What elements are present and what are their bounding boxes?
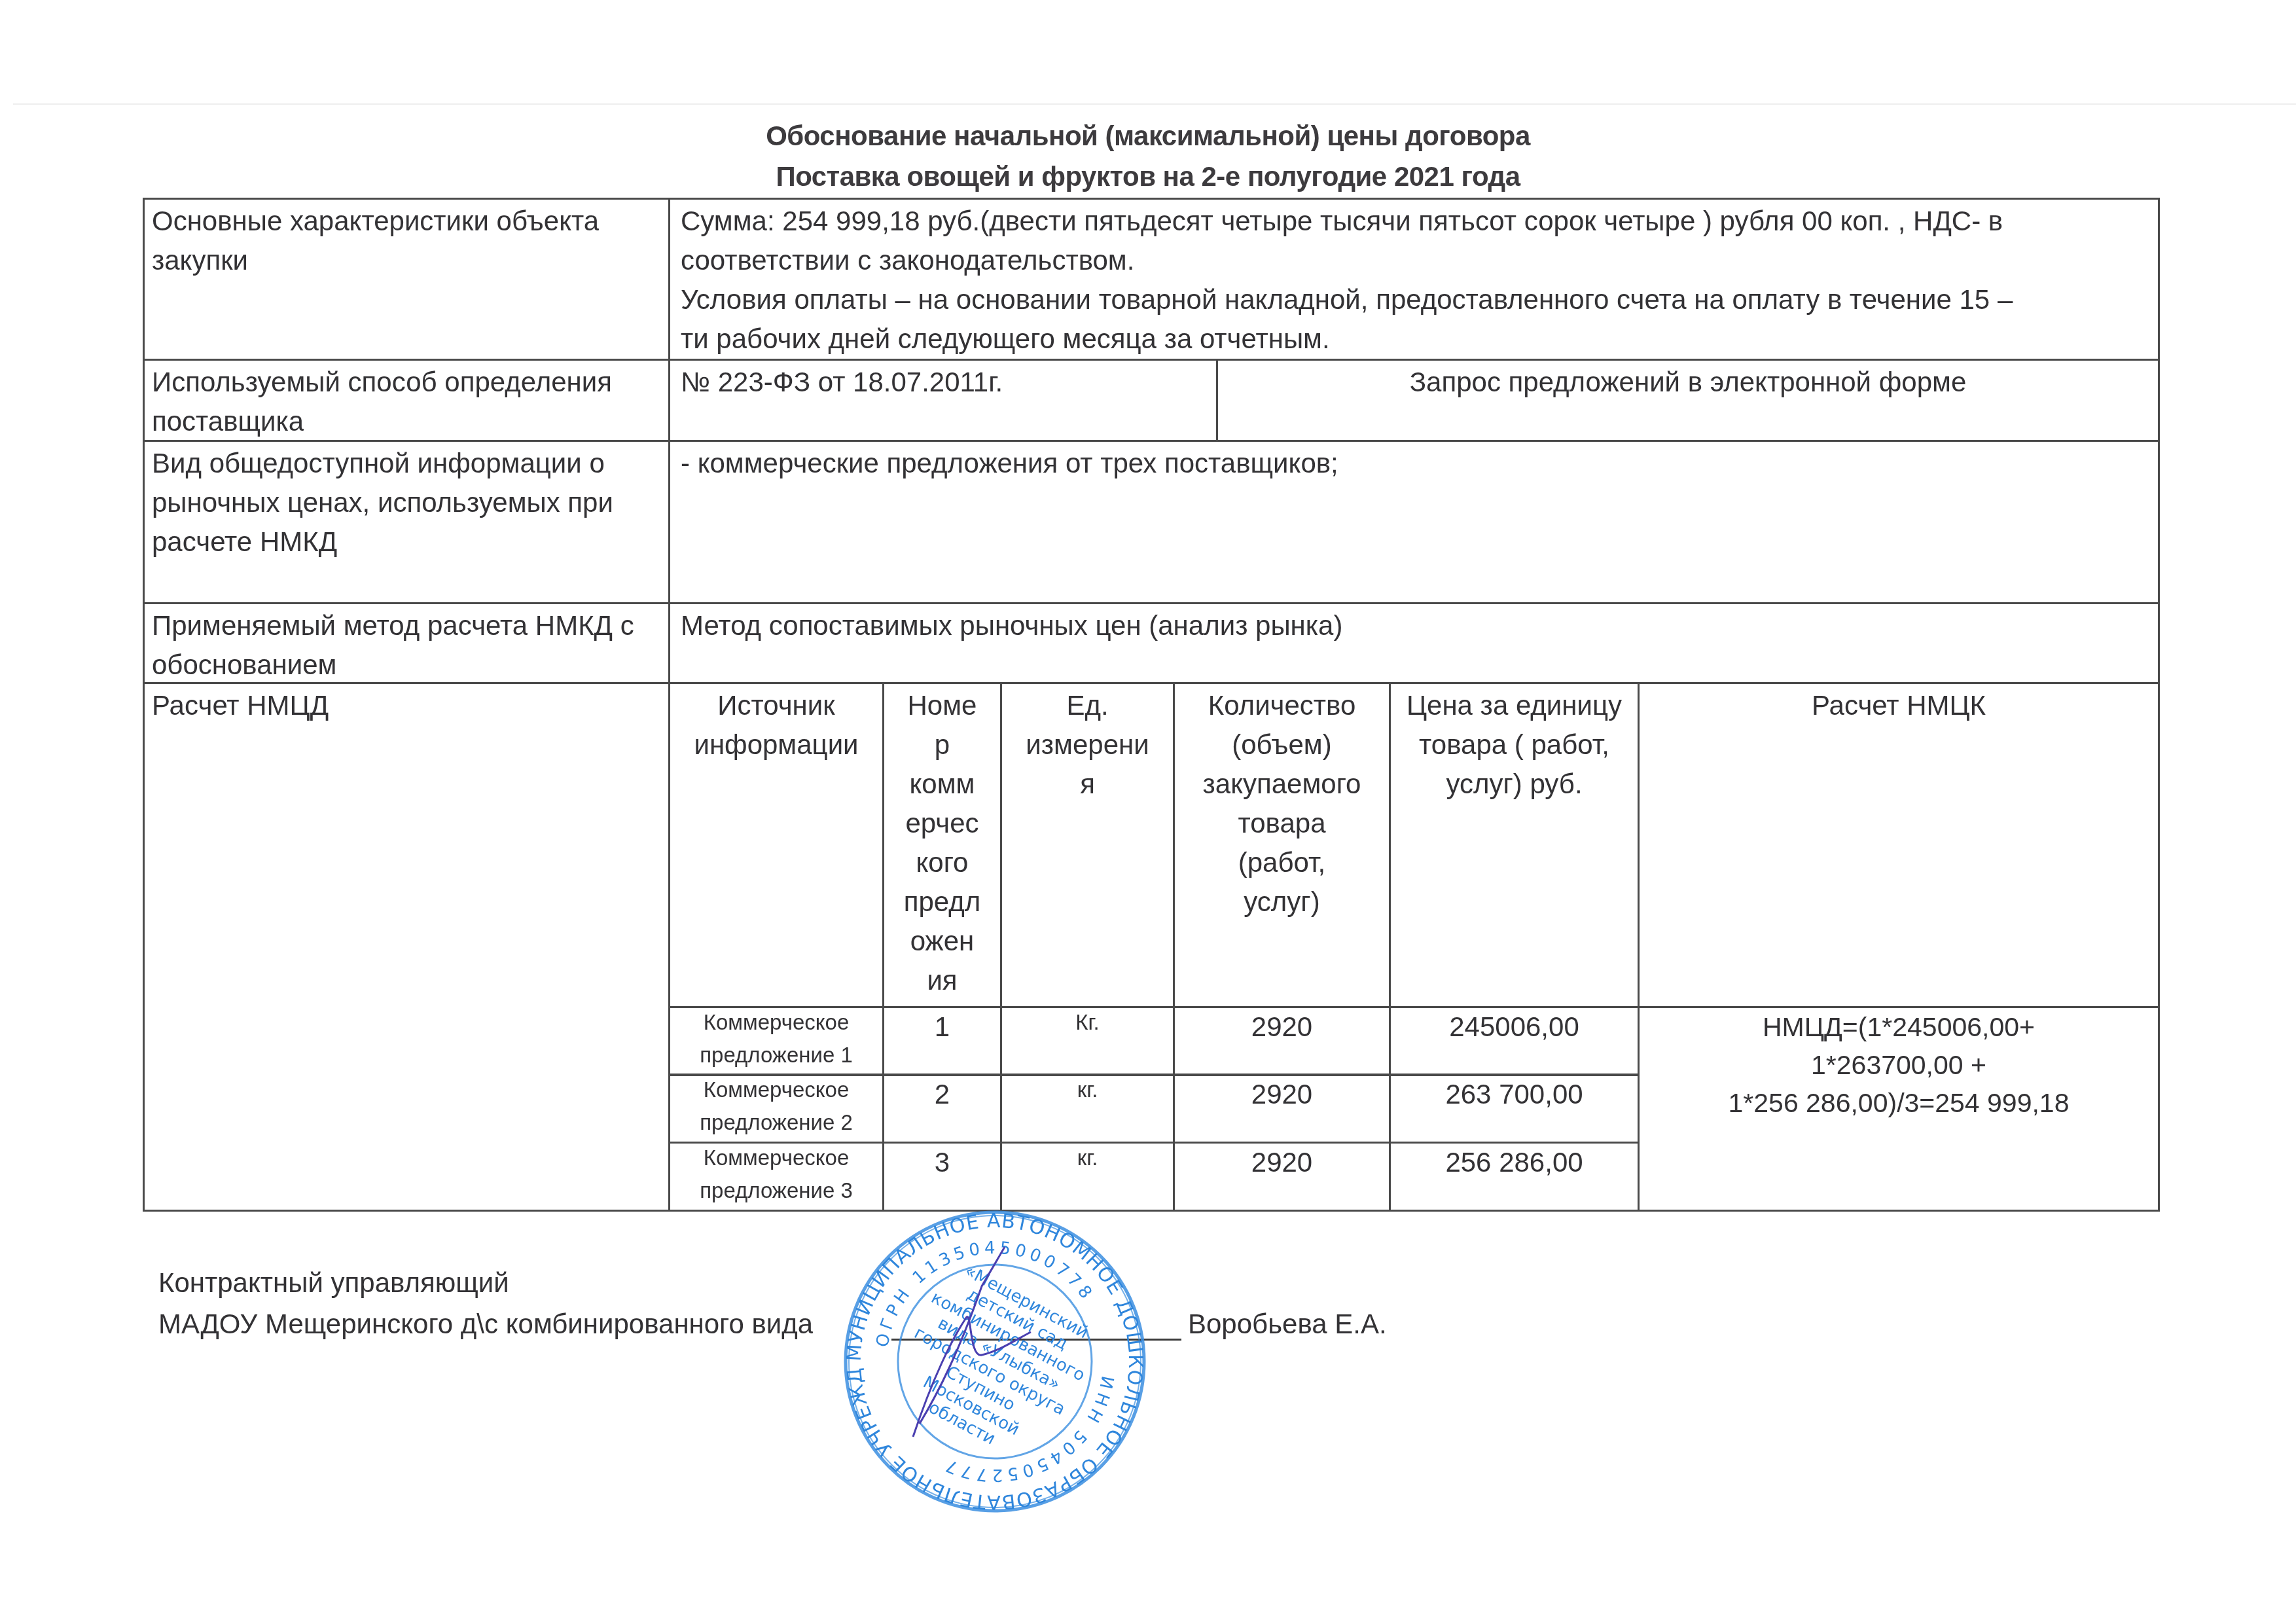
offer-price: 263 700,00 (1389, 1075, 1640, 1114)
document-subtitle: Поставка овощей и фруктов на 2-е полугод… (0, 158, 2296, 195)
signature-organization: МАДОУ Мещеринского д\с комбинированного … (158, 1305, 813, 1344)
offer-number: 2 (882, 1075, 1002, 1114)
calc-method-label: Применяемый метод расчета НМКД с обоснов… (152, 606, 669, 685)
method-law: № 223-ФЗ от 18.07.2011г. (681, 363, 1003, 402)
characteristics-label: Основные характеристики объекта закупки (152, 202, 662, 280)
official-stamp: МУНИЦИПАЛЬНОЕ АВТОНОМНОЕ ДОШКОЛЬНОЕ ОБРА… (841, 1208, 1149, 1515)
method-label: Используемый способ определения поставщи… (152, 363, 669, 441)
formula-line-3: 1*256 286,00)/3=254 999,18 (1638, 1084, 2160, 1122)
header-price: Цена за единицу товара ( работ, услуг) р… (1393, 686, 1636, 804)
offer-source: Коммерческое предложение 3 (668, 1142, 884, 1207)
info-type-value: - коммерческие предложения от трех поста… (681, 444, 1338, 483)
calculation-label: Расчет НМЦД (152, 686, 329, 725)
info-type-label: Вид общедоступной информации о рыночных … (152, 444, 662, 562)
scan-artifact-line (13, 103, 2296, 105)
characteristics-vat: соответствии с законодательством. (681, 241, 1134, 280)
signature-name: Воробьева Е.А. (1188, 1305, 1387, 1344)
characteristics-payment: Условия оплаты – на основании товарной н… (681, 280, 2013, 319)
offer-source: Коммерческое предложение 1 (668, 1006, 884, 1072)
offer-unit: кг. (1000, 1142, 1175, 1174)
offer-source: Коммерческое предложение 2 (668, 1074, 884, 1139)
header-unit: Ед. измерени я (1003, 686, 1172, 804)
row-calculation-label-cell (143, 682, 670, 1212)
header-quantity: Количество (объем) закупаемого товара (р… (1178, 686, 1386, 922)
offer-unit: кг. (1000, 1074, 1175, 1106)
offer-quantity: 2920 (1173, 1143, 1391, 1182)
formula-line-2: 1*263700,00 + (1638, 1046, 2160, 1084)
offer-price: 245006,00 (1389, 1007, 1640, 1047)
method-procedure: Запрос предложений в электронной форме (1216, 363, 2160, 402)
offer-number: 3 (882, 1143, 1002, 1182)
header-result: Расчет НМЦК (1638, 686, 2160, 725)
calc-method-value: Метод сопоставимых рыночных цен (анализ … (681, 606, 1342, 645)
header-number: Номе р комм ерчес кого предл ожен ия (885, 686, 999, 1000)
offer-quantity: 2920 (1173, 1075, 1391, 1114)
offer-number: 1 (882, 1007, 1002, 1047)
header-source: Источник информации (678, 686, 874, 765)
document-title: Обоснование начальной (максимальной) цен… (0, 118, 2296, 154)
offer-price: 256 286,00 (1389, 1143, 1640, 1182)
offer-quantity: 2920 (1173, 1007, 1391, 1047)
offer-unit: Кг. (1000, 1006, 1175, 1039)
characteristics-sum: Сумма: 254 999,18 руб.(двести пятьдесят … (681, 202, 2003, 241)
signature-position: Контрактный управляющий (158, 1263, 509, 1303)
header-result-cell (1638, 682, 2160, 1008)
formula-line-1: НМЦД=(1*245006,00+ (1638, 1008, 2160, 1046)
characteristics-payment-cont: ти рабочих дней следующего месяца за отч… (681, 319, 1330, 359)
